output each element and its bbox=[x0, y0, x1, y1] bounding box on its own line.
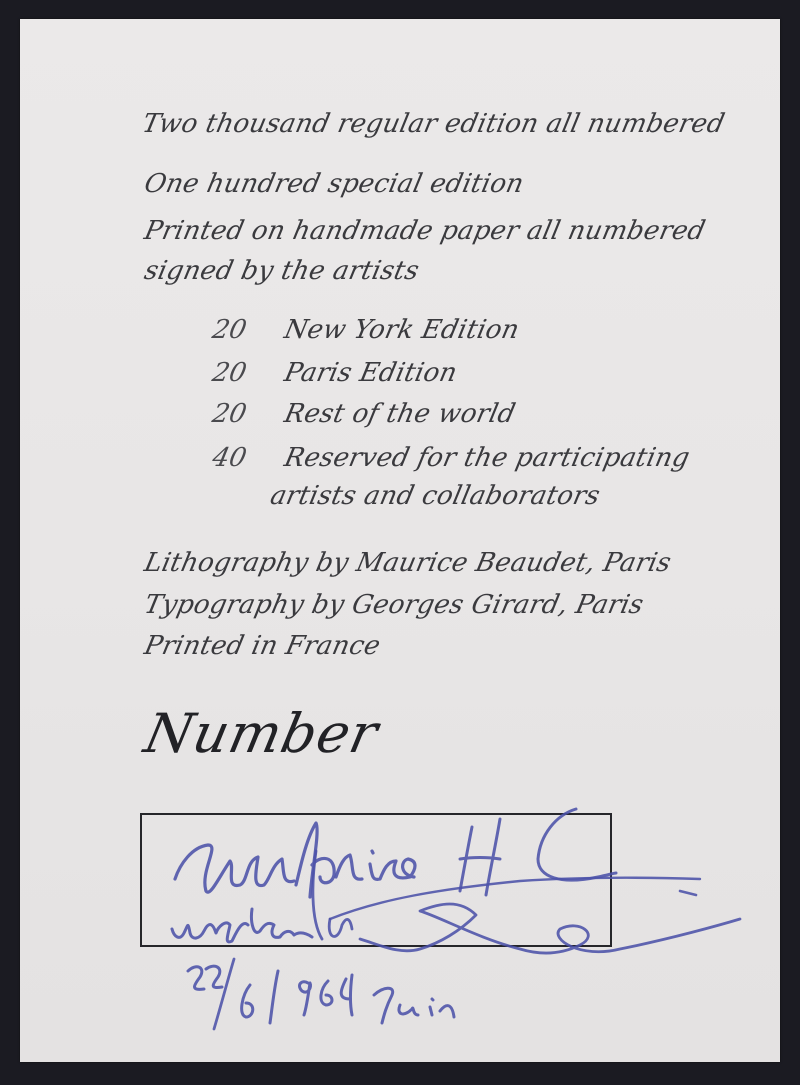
edition-label: New York Edition bbox=[282, 317, 521, 343]
printed-in-credit: Printed in France bbox=[142, 633, 383, 659]
special-edition-line-3: signed by the artists bbox=[142, 258, 421, 284]
edition-label: Rest of the world bbox=[282, 401, 518, 427]
edition-count: 40 bbox=[210, 445, 249, 471]
edition-label: Reserved for the participating bbox=[282, 445, 692, 471]
special-edition-line-1: One hundred special edition bbox=[142, 171, 526, 197]
edition-count: 20 bbox=[210, 401, 249, 427]
special-edition-line-2: Printed on handmade paper all numbered bbox=[142, 218, 708, 244]
edition-count: 20 bbox=[210, 317, 249, 343]
document-page: Two thousand regular edition all numbere… bbox=[20, 19, 780, 1062]
edition-label-continuation: artists and collaborators bbox=[268, 483, 602, 509]
typography-credit: Typography by Georges Girard, Paris bbox=[142, 592, 646, 618]
edition-label: Paris Edition bbox=[282, 360, 459, 386]
number-heading: Number bbox=[140, 707, 383, 761]
regular-edition-text: Two thousand regular edition all numbere… bbox=[140, 111, 727, 137]
edition-count: 20 bbox=[210, 360, 249, 386]
lithography-credit: Lithography by Maurice Beaudet, Paris bbox=[142, 550, 673, 576]
